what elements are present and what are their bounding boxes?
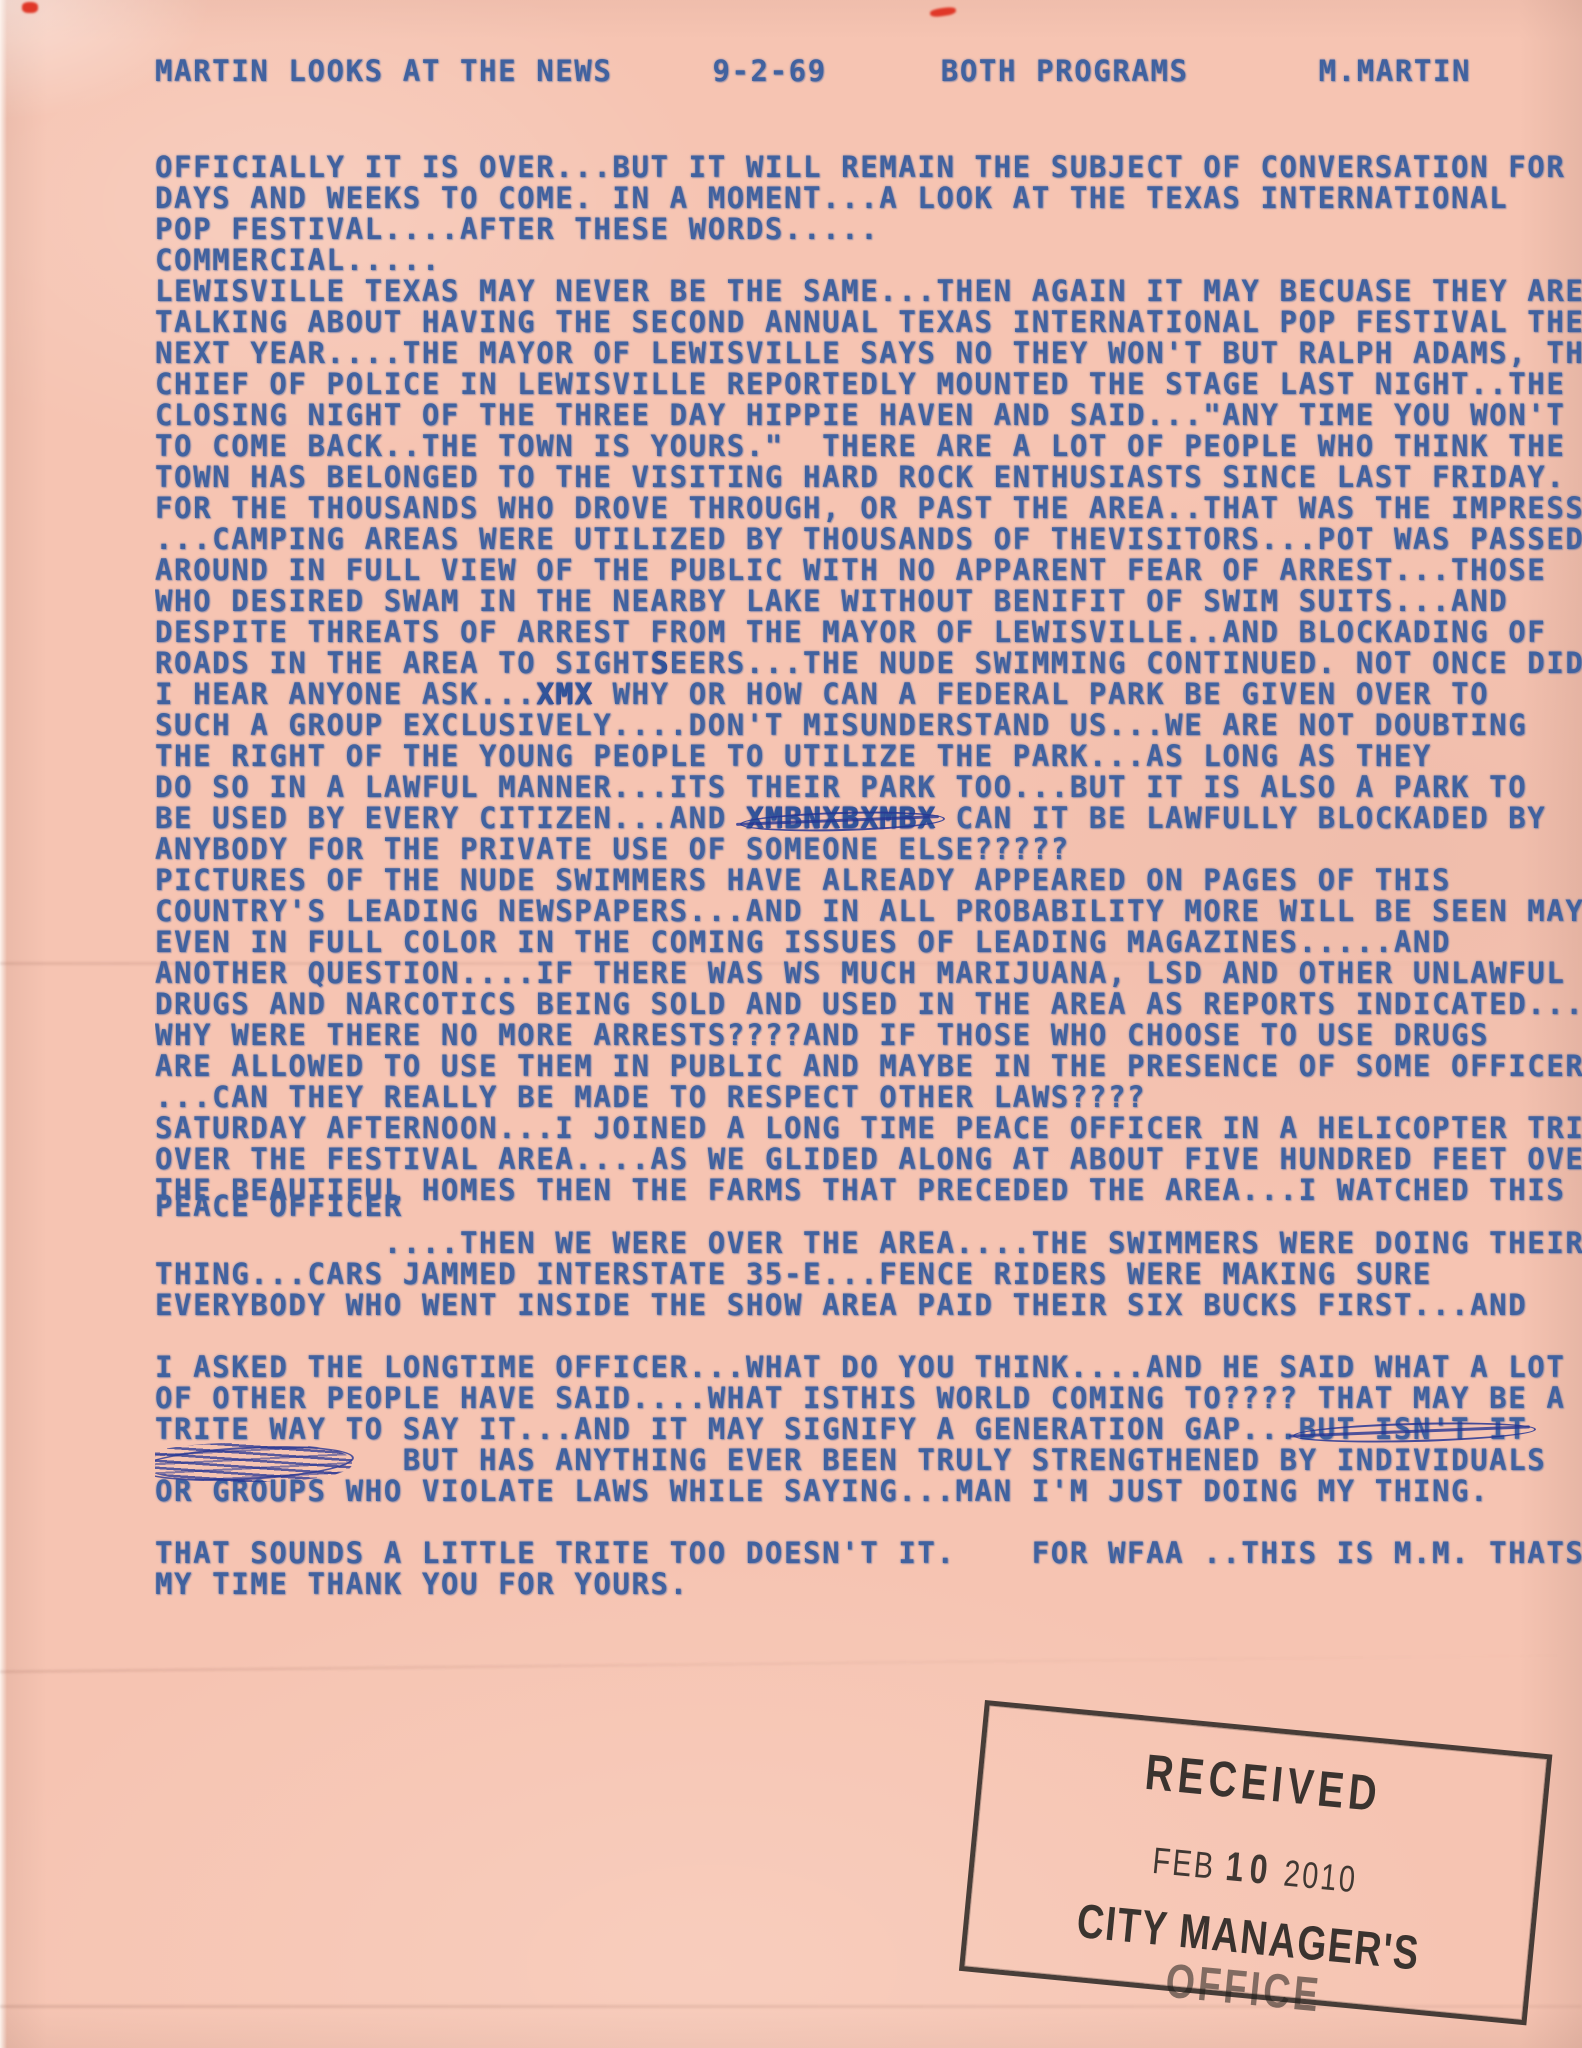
typewritten-line: ANYBODY FOR THE PRIVATE USE OF SOMEONE E…	[155, 834, 1582, 865]
overtyped-text: XMX	[536, 677, 593, 711]
typewritten-line: FOR THE THOUSANDS WHO DROVE THROUGH, OR …	[155, 493, 1582, 524]
typewritten-line: THAT SOUNDS A LITTLE TRITE TOO DOESN'T I…	[155, 1538, 1582, 1569]
blank-line	[155, 1507, 1582, 1538]
typewritten-line: ARE ALLOWED TO USE THEM IN PUBLIC AND MA…	[155, 1051, 1582, 1082]
typewritten-line: TO COME BACK..THE TOWN IS YOURS." THERE …	[155, 431, 1582, 462]
stamp-received-label: RECEIVED	[1043, 1733, 1483, 1833]
typewritten-line: COMMERCIAL.....	[155, 245, 1582, 276]
typewritten-line: SUCH A GROUP EXCLUSIVELY....DON'T MISUND…	[155, 710, 1582, 741]
stamp-date-year: 2010	[1282, 1853, 1359, 1901]
typewritten-line: THE RIGHT OF THE YOUNG PEOPLE TO UTILIZE…	[155, 741, 1582, 772]
typewritten-line: ANOTHER QUESTION....IF THERE WAS WS MUCH…	[155, 958, 1582, 989]
typewritten-line: BE USED BY EVERY CITIZEN...AND XMBNXBXMB…	[155, 803, 1582, 834]
header-title: MARTIN LOOKS AT THE NEWS	[155, 56, 612, 87]
typewritten-line: NEXT YEAR....THE MAYOR OF LEWISVILLE SAY…	[155, 338, 1582, 369]
typewritten-line: COUNTRY'S LEADING NEWSPAPERS...AND IN AL…	[155, 896, 1582, 927]
typewritten-line: ROADS IN THE AREA TO SIGHTSEERS...THE NU…	[155, 648, 1582, 679]
typewritten-text: EERS...THE NUDE SWIMMING CONTINUED. NOT …	[670, 646, 1582, 680]
red-ink-mark	[22, 2, 38, 13]
typewritten-line: WHY WERE THERE NO MORE ARRESTS????AND IF…	[155, 1020, 1582, 1051]
typewritten-line: ...CAN THEY REALLY BE MADE TO RESPECT OT…	[155, 1082, 1582, 1113]
typewritten-line: THING...CARS JAMMED INTERSTATE 35-E...FE…	[155, 1259, 1582, 1290]
typewritten-line: SATURDAY AFTERNOON...I JOINED A LONG TIM…	[155, 1113, 1582, 1144]
typewritten-text: BE USED BY EVERY CITIZEN...AND	[155, 801, 746, 835]
typewritten-text: ROADS IN THE AREA TO SIGHT	[155, 646, 651, 680]
typewritten-line: CHIEF OF POLICE IN LEWISVILLE REPORTEDLY…	[155, 369, 1582, 400]
header-programs: BOTH PROGRAMS	[941, 56, 1189, 87]
typewritten-line: LEWISVILLE TEXAS MAY NEVER BE THE SAME..…	[155, 276, 1582, 307]
typewritten-text: CAN IT BE LAWFULLY BLOCKADED BY	[936, 801, 1546, 835]
typewritten-line: I ASKED THE LONGTIME OFFICER...WHAT DO Y…	[155, 1352, 1582, 1383]
blank-line	[155, 1321, 1582, 1352]
typewritten-body: OFFICIALLY IT IS OVER...BUT IT WILL REMA…	[155, 152, 1582, 1600]
typewritten-line: TRITE WAY TO SAY IT...AND IT MAY SIGNIFY…	[155, 1414, 1582, 1445]
scanned-document-page: MARTIN LOOKS AT THE NEWS 9-2-69 BOTH PRO…	[0, 0, 1582, 2048]
typewritten-text: I HEAR ANYONE ASK...	[155, 677, 536, 711]
pen-scribble-blot	[155, 1445, 346, 1476]
received-stamp: RECEIVED FEB 10 2010 CITY MANAGER'S OFFI…	[959, 1700, 1552, 2025]
typewritten-line: CLOSING NIGHT OF THE THREE DAY HIPPIE HA…	[155, 400, 1582, 431]
pen-struck-text: BUT ISN'T IT	[1299, 1414, 1528, 1445]
header-author: M.MARTIN	[1319, 56, 1471, 87]
typewritten-line: OF OTHER PEOPLE HAVE SAID....WHAT ISTHIS…	[155, 1383, 1582, 1414]
typewritten-text	[346, 1443, 403, 1477]
stamp-date-day: 10	[1224, 1843, 1276, 1893]
typewritten-text: BUT HAS ANYTHING EVER BEEN TRULY STRENGT…	[403, 1443, 1547, 1477]
scan-edge	[0, 0, 7, 2048]
typewritten-text: TRITE WAY TO SAY IT...AND IT MAY SIGNIFY…	[155, 1412, 1299, 1446]
typewritten-line: TALKING ABOUT HAVING THE SECOND ANNUAL T…	[155, 307, 1582, 338]
typewritten-line: OFFICIALLY IT IS OVER...BUT IT WILL REMA…	[155, 152, 1582, 183]
typewritten-line: PICTURES OF THE NUDE SWIMMERS HAVE ALREA…	[155, 865, 1582, 896]
document-header: MARTIN LOOKS AT THE NEWS 9-2-69 BOTH PRO…	[155, 56, 1471, 87]
red-ink-mark	[930, 6, 957, 18]
typewritten-line: EVERYBODY WHO WENT INSIDE THE SHOW AREA …	[155, 1290, 1582, 1321]
typewritten-line: TOWN HAS BELONGED TO THE VISITING HARD R…	[155, 462, 1582, 493]
typewritten-line: EVEN IN FULL COLOR IN THE COMING ISSUES …	[155, 927, 1582, 958]
typewritten-line: ...CAMPING AREAS WERE UTILIZED BY THOUSA…	[155, 524, 1582, 555]
typewritten-line: OR GROUPS WHO VIOLATE LAWS WHILE SAYING.…	[155, 1476, 1582, 1507]
typewritten-line: DO SO IN A LAWFUL MANNER...ITS THEIR PAR…	[155, 772, 1582, 803]
typewritten-line: MY TIME THANK YOU FOR YOURS.	[155, 1569, 1582, 1600]
typewritten-line: BUT HAS ANYTHING EVER BEEN TRULY STRENGT…	[155, 1445, 1582, 1476]
overtyped-text: S	[651, 646, 670, 680]
typewritten-line: I HEAR ANYONE ASK...XMX WHY OR HOW CAN A…	[155, 679, 1582, 710]
typewritten-line: ....THEN WE WERE OVER THE AREA....THE SW…	[155, 1228, 1582, 1259]
stamp-date-month: FEB	[1151, 1840, 1218, 1887]
typewritten-line: DAYS AND WEEKS TO COME. IN A MOMENT...A …	[155, 183, 1582, 214]
typewritten-line: AROUND IN FULL VIEW OF THE PUBLIC WITH N…	[155, 555, 1582, 586]
typewritten-line: WHO DESIRED SWAM IN THE NEARBY LAKE WITH…	[155, 586, 1582, 617]
typewritten-line: POP FESTIVAL....AFTER THESE WORDS.....	[155, 214, 1582, 245]
pen-struck-text: XMBNXBXMBX	[746, 803, 937, 834]
typewritten-line: DESPITE THREATS OF ARREST FROM THE MAYOR…	[155, 617, 1582, 648]
paper-crease	[0, 1654, 1582, 1674]
header-date: 9-2-69	[712, 56, 826, 87]
typewritten-line: OVER THE FESTIVAL AREA....AS WE GLIDED A…	[155, 1144, 1582, 1175]
typewritten-text: WHY OR HOW CAN A FEDERAL PARK BE GIVEN O…	[593, 677, 1489, 711]
typewritten-line: DRUGS AND NARCOTICS BEING SOLD AND USED …	[155, 989, 1582, 1020]
